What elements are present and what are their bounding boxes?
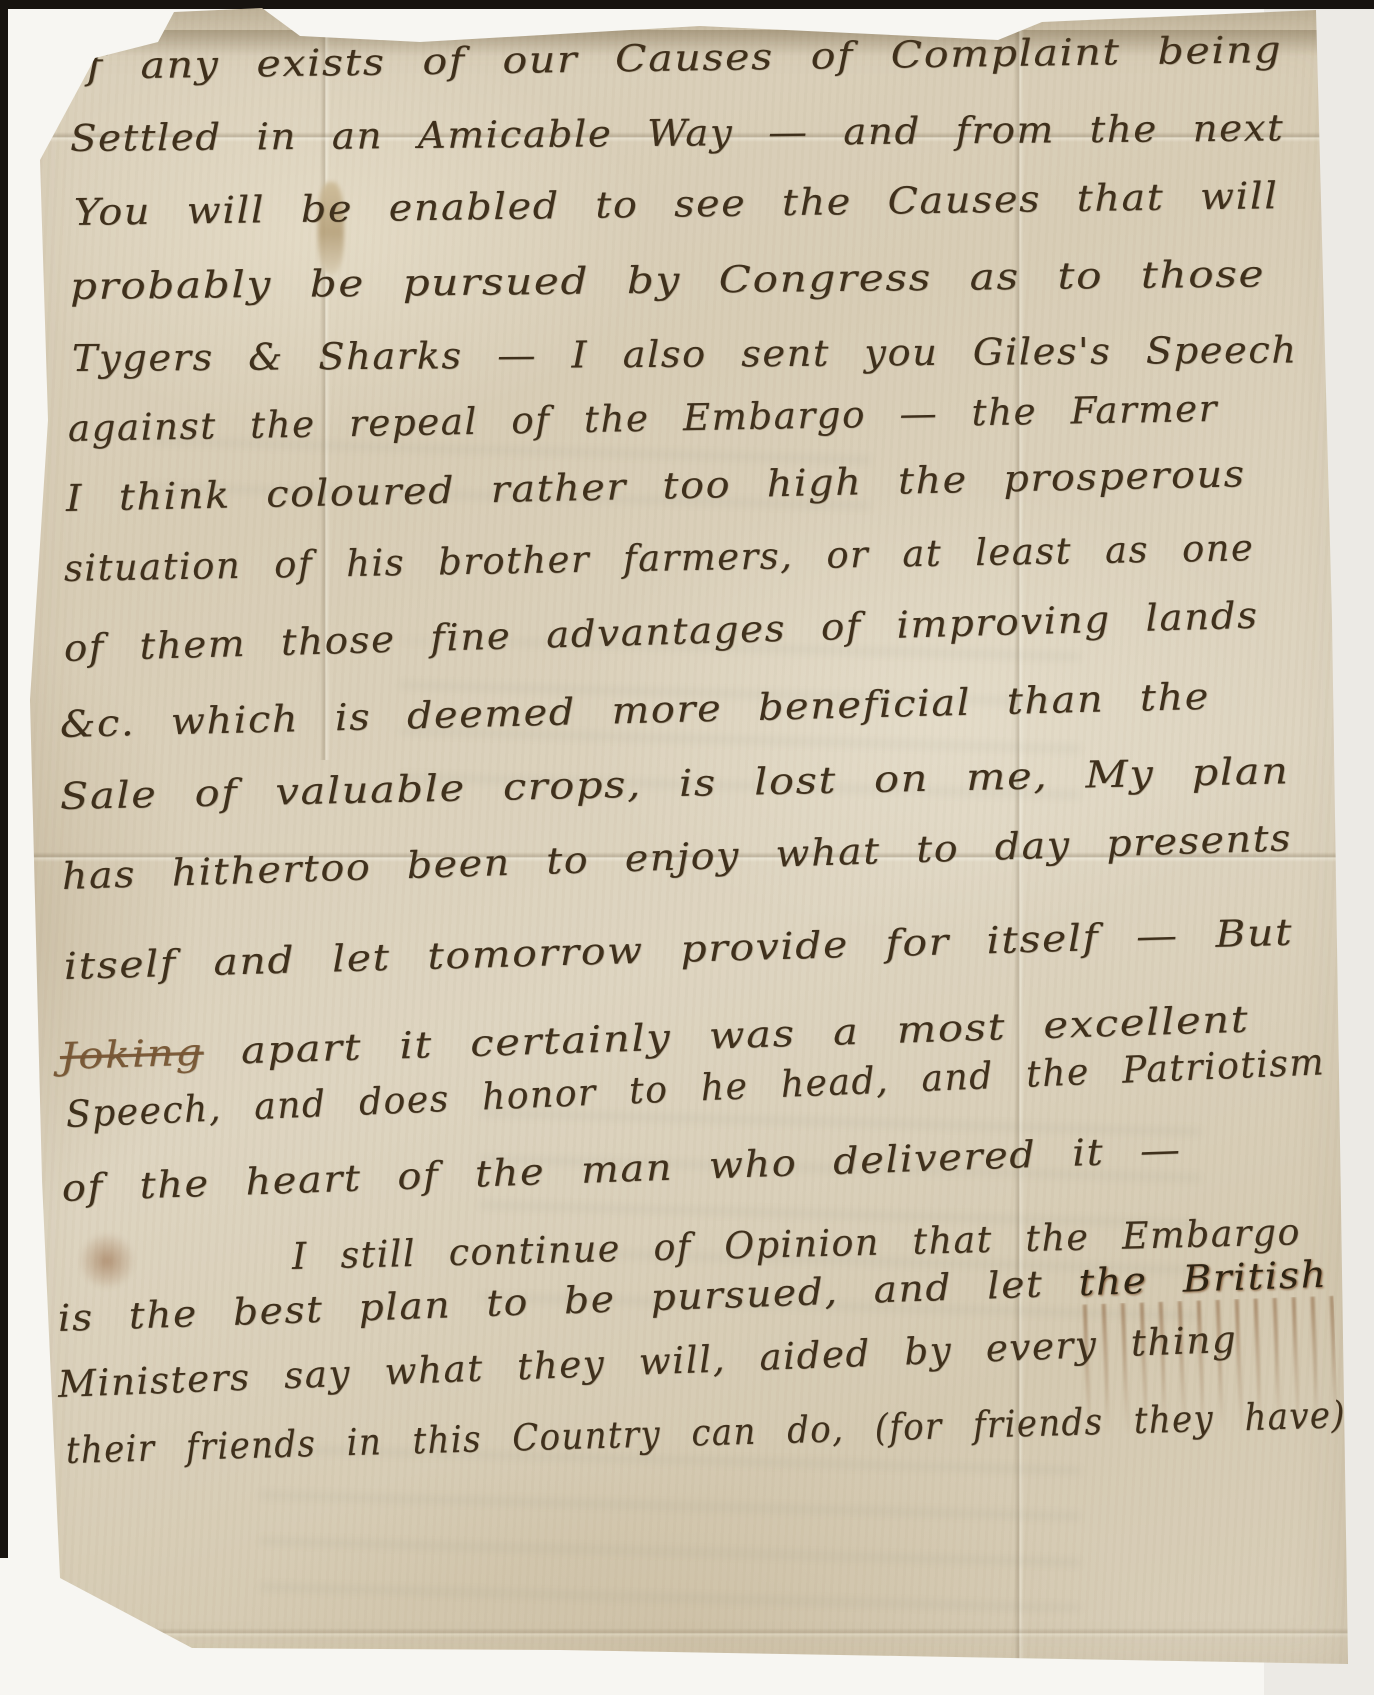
scanner-edge-left bbox=[0, 0, 8, 1558]
letter-text-segment: is the best plan to be pursued, and let bbox=[57, 1261, 1079, 1340]
scanned-letter-page: if any exists of our Causes of Complaint… bbox=[0, 0, 1374, 1695]
letter-line: &c. which is deemed more beneficial than… bbox=[59, 678, 1210, 743]
letter-line: of them those fine advantages of improvi… bbox=[63, 597, 1259, 667]
letter-text-segment: itself and let tomorrow provide for itse… bbox=[63, 911, 1293, 988]
letter-line: has hithertoo been to enjoy what to day … bbox=[61, 819, 1292, 895]
letter-line: against the repeal of the Embargo — the … bbox=[68, 390, 1219, 447]
letter-line: itself and let tomorrow provide for itse… bbox=[63, 914, 1293, 985]
letter-word-smudged: the British bbox=[1078, 1253, 1328, 1305]
letter-text-segment: probably be pursued by Congress as to th… bbox=[70, 252, 1266, 308]
letter-line: Sale of valuable crops, is lost on me, M… bbox=[60, 752, 1290, 815]
scanner-edge-top bbox=[0, 0, 1374, 9]
fold-crease-horizontal-bottom bbox=[0, 1628, 1374, 1638]
letter-text-segment: I think coloured rather too high the pro… bbox=[65, 452, 1246, 520]
letter-line: Settled in an Amicable Way — and from th… bbox=[70, 109, 1285, 157]
letter-paper-sheet: if any exists of our Causes of Complaint… bbox=[0, 0, 1374, 1695]
letter-text-segment: of the heart of the man who delivered it… bbox=[61, 1128, 1182, 1210]
letter-line: Tygers & Sharks — I also sent you Giles'… bbox=[72, 331, 1298, 377]
letter-line: of the heart of the man who delivered it… bbox=[61, 1131, 1182, 1207]
letter-text-segment: of them those fine advantages of improvi… bbox=[63, 594, 1259, 670]
letter-text-segment: You will be enabled to see the Causes th… bbox=[74, 174, 1279, 234]
letter-line: You will be enabled to see the Causes th… bbox=[74, 177, 1279, 231]
letter-text-segment: Tygers & Sharks — I also sent you Giles'… bbox=[72, 328, 1298, 380]
letter-word-struck: Joking bbox=[59, 1030, 204, 1077]
letter-line: situation of his brother farmers, or at … bbox=[64, 529, 1255, 587]
letter-text-segment: their friends in this Country can do, (f… bbox=[65, 1393, 1346, 1472]
letter-text-segment: against the repeal of the Embargo — the … bbox=[68, 387, 1219, 450]
letter-text-segment: has hithertoo been to enjoy what to day … bbox=[61, 816, 1292, 898]
letter-line: probably be pursued by Congress as to th… bbox=[70, 255, 1266, 305]
ink-smudge-left bbox=[78, 1232, 136, 1290]
letter-text-segment: &c. which is deemed more beneficial than… bbox=[59, 675, 1210, 746]
letter-text-segment: Settled in an Amicable Way — and from th… bbox=[70, 106, 1285, 160]
letter-text-segment: situation of his brother farmers, or at … bbox=[64, 526, 1255, 590]
letter-text-segment: Sale of valuable crops, is lost on me, M… bbox=[59, 749, 1289, 818]
letter-line: I think coloured rather too high the pro… bbox=[66, 455, 1246, 517]
letter-line: their friends in this Country can do, (f… bbox=[65, 1396, 1346, 1469]
